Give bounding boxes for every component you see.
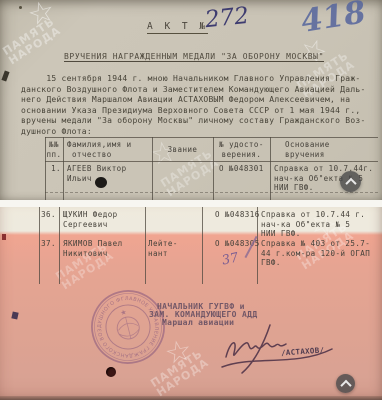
header-num: №№ пп. [45, 140, 63, 159]
stamp-emblem-star: ★ [120, 308, 128, 317]
hole-punch [106, 367, 116, 377]
table-vline [145, 207, 146, 284]
edge-mark [11, 311, 18, 319]
table-vline [63, 137, 64, 200]
table-vline [270, 137, 271, 200]
document-viewer: ☆ ПАМЯТЬ НАРОДА ☆ ПАМЯТЬ НАРОДА ☆ ПАМЯТЬ… [0, 0, 382, 400]
table-vline [59, 207, 60, 284]
preamble-paragraph: 15 сентября 1944 г. мною Начальником Гла… [21, 74, 377, 137]
speck [19, 6, 22, 9]
table-row-rank: Лейте- нант [148, 239, 178, 258]
table-row-name: ЯКИМОВ Павел Никитович [63, 239, 123, 258]
table-line-top [45, 137, 378, 138]
chevron-up-icon [340, 379, 351, 390]
scan-page-bottom: ПАМЯТЬ НАРОДА ПАМЯТЬ НАРОДА ☆ ПАМЯТЬ НАР… [0, 207, 382, 400]
table-row-cert: О №048316 [215, 210, 260, 220]
table-row-num: 37. [39, 239, 56, 249]
edge-mark [2, 234, 6, 240]
header-cert: № удосто- верения. [213, 140, 270, 159]
hole-punch [95, 177, 107, 188]
header-basis: Основание вручения [285, 140, 330, 159]
edge-mark [1, 70, 9, 81]
page-number-handwritten: 418 [299, 0, 369, 40]
header-name: Фамилия,имя и отчество [67, 140, 132, 159]
table-line-header-bottom [45, 161, 378, 162]
header-rank: Звание [152, 145, 213, 155]
table-vline [202, 207, 203, 284]
scroll-to-top-button[interactable] [340, 171, 361, 192]
table-row-basis: Справка № 403 от 25.7- 44 г.ком-ра 120-й… [261, 239, 370, 268]
table-row-num: 1. [45, 164, 61, 174]
official-round-stamp: ГЛАВНОЕ УПРАВЛЕНИЕ ГРАЖДАНСКОГО ВОЗДУШНО… [80, 279, 177, 376]
table-row-name: ЩУКИН Федор Сергеевич [63, 210, 118, 229]
document-title: ВРУЧЕНИЯ НАГРАЖДЕННЫМ МЕДАЛИ "ЗА ОБОРОНУ… [26, 52, 362, 61]
table-row-num: 36. [39, 210, 56, 220]
table-row-cert: О №048301 [219, 164, 264, 174]
table-row-basis: Справка от 10.7.44 г. нач-ка Об"екта № 5… [261, 210, 365, 239]
scan-page-top: ☆ ПАМЯТЬ НАРОДА ☆ ПАМЯТЬ НАРОДА ☆ ПАМЯТЬ… [0, 0, 382, 200]
scroll-to-top-button[interactable] [336, 374, 355, 393]
handwritten-row-number: 37 [221, 250, 240, 268]
act-number-handwritten: 272 [204, 3, 250, 33]
chevron-up-icon [345, 177, 356, 188]
act-label: А К Т № [147, 21, 208, 34]
scan-edge-shadow [0, 396, 382, 400]
